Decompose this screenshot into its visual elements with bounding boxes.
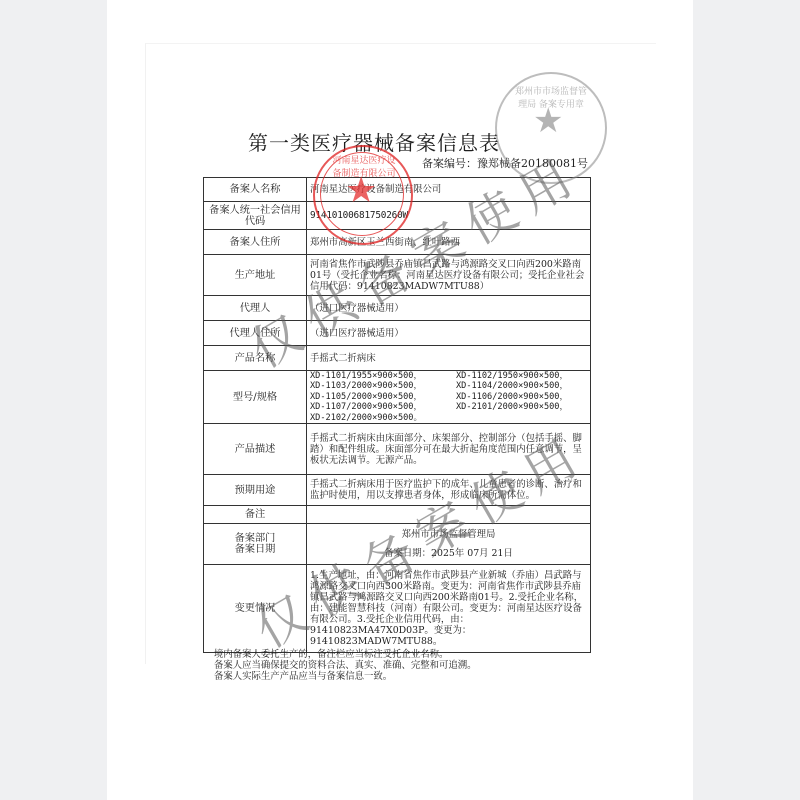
- table-row: 变更情况 1.生产地址，由：河南省焦作市武陟县产业新城（乔庙）昌武路与鸿源路交叉…: [204, 565, 591, 653]
- spec-item: [456, 413, 587, 423]
- table-row: 代理人 （进口医疗器械适用）: [204, 296, 591, 321]
- table-row: 备案人住所 郑州市高新区玉兰西街南、红叶路西: [204, 230, 591, 255]
- row-label: 型号/规格: [204, 371, 307, 424]
- row-label: 备案人统一社会信用代码: [204, 202, 307, 230]
- remarks: [307, 506, 591, 524]
- row-label: 备案人名称: [204, 178, 307, 202]
- row-label: 代理人: [204, 296, 307, 321]
- spec-item: XD-1106/2000×900×500，: [456, 392, 587, 402]
- table-row: 生产地址 河南省焦作市武陟县乔庙镇昌武路与鸿源路交叉口向西200米路南01号（受…: [204, 255, 591, 296]
- spec-item: XD-1105/2000×900×500，: [310, 392, 456, 402]
- record-number-label: 备案编号：: [422, 157, 477, 170]
- table-row: 预期用途 手摇式二折病床用于医疗监护下的成年、儿童患者的诊断、治疗和监护时使用，…: [204, 475, 591, 506]
- filing-authority: 郑州市市场监督管理局 备案日期：2025年 07月 21日: [307, 524, 591, 565]
- spec-item: XD-1103/2000×900×500，: [310, 381, 456, 391]
- filing-date-value: 2025年 07月 21日: [431, 548, 513, 559]
- spec-item: XD-2102/2000×900×500。: [310, 413, 456, 423]
- table-row: 代理人住所 （进口医疗器械适用）: [204, 321, 591, 346]
- document-title: 第一类医疗器械备案信息表: [248, 127, 500, 156]
- table-row: 产品描述 手摇式二折病床由床面部分、床架部分、控制部分（包括手摇、脚踏）和配件组…: [204, 424, 591, 475]
- spec-item: XD-1104/2000×900×500，: [456, 381, 587, 391]
- label-department: 备案部门: [207, 533, 303, 544]
- product-description: 手摇式二折病床由床面部分、床架部分、控制部分（包括手摇、脚踏）和配件组成。床面部…: [307, 424, 591, 475]
- label-date: 备案日期: [207, 544, 303, 555]
- change-history: 1.生产地址，由：河南省焦作市武陟县产业新城（乔庙）昌武路与鸿源路交叉口向西30…: [307, 565, 591, 653]
- table-row: 备注: [204, 506, 591, 524]
- notes: 境内备案人委托生产的，备注栏应当标注受托企业名称。 备案人应当确保提交的资料合法…: [214, 649, 477, 682]
- row-label: 变更情况: [204, 565, 307, 653]
- table-row: 型号/规格 XD-1101/1955×900×500， XD-1102/1950…: [204, 371, 591, 424]
- product-name: 手摇式二折病床: [307, 346, 591, 371]
- filing-date: 备案日期：2025年 07月 21日: [310, 548, 587, 559]
- row-label: 代理人住所: [204, 321, 307, 346]
- agent-address: （进口医疗器械适用）: [307, 321, 591, 346]
- record-table: 备案人名称 河南星达医疗设备制造有限公司 备案人统一社会信用代码 9141010…: [203, 177, 591, 653]
- filer-address: 郑州市高新区玉兰西街南、红叶路西: [307, 230, 591, 255]
- row-label: 生产地址: [204, 255, 307, 296]
- spec-item: XD-1102/1950×900×500，: [456, 371, 587, 381]
- note-line: 备案人应当确保提交的资料合法、真实、准确、完整和可追溯。: [214, 660, 477, 671]
- row-label: 预期用途: [204, 475, 307, 506]
- table-row: 产品名称 手摇式二折病床: [204, 346, 591, 371]
- department-name: 郑州市市场监督管理局: [310, 529, 587, 540]
- row-label: 备案部门 备案日期: [204, 524, 307, 565]
- agent: （进口医疗器械适用）: [307, 296, 591, 321]
- row-label: 备注: [204, 506, 307, 524]
- spec-item: XD-1101/1955×900×500，: [310, 371, 456, 381]
- spec-item: XD-1107/2000×900×500，: [310, 402, 456, 412]
- spec-list: XD-1101/1955×900×500， XD-1102/1950×900×5…: [310, 371, 587, 423]
- model-specs: XD-1101/1955×900×500， XD-1102/1950×900×5…: [307, 371, 591, 424]
- row-label: 备案人住所: [204, 230, 307, 255]
- row-label: 产品描述: [204, 424, 307, 475]
- intended-use: 手摇式二折病床用于医疗监护下的成年、儿童患者的诊断、治疗和监护时使用，用以支撑患…: [307, 475, 591, 506]
- star-icon: ★: [533, 104, 563, 138]
- filing-date-label: 备案日期：: [384, 548, 431, 559]
- credit-code: 91410100681750260W: [307, 202, 591, 230]
- note-line: 备案人实际生产产品应当与备案信息一致。: [214, 671, 477, 682]
- production-address: 河南省焦作市武陟县乔庙镇昌武路与鸿源路交叉口向西200米路南01号（受托企业名称…: [307, 255, 591, 296]
- table-row: 备案部门 备案日期 郑州市市场监督管理局 备案日期：2025年 07月 21日: [204, 524, 591, 565]
- authority-seal: 郑州市市场监督管理局 备案专用章 ★: [495, 72, 607, 184]
- spec-item: XD-2101/2000×900×500，: [456, 402, 587, 412]
- table-row: 备案人统一社会信用代码 91410100681750260W: [204, 202, 591, 230]
- note-line: 境内备案人委托生产的，备注栏应当标注受托企业名称。: [214, 649, 477, 660]
- row-label: 产品名称: [204, 346, 307, 371]
